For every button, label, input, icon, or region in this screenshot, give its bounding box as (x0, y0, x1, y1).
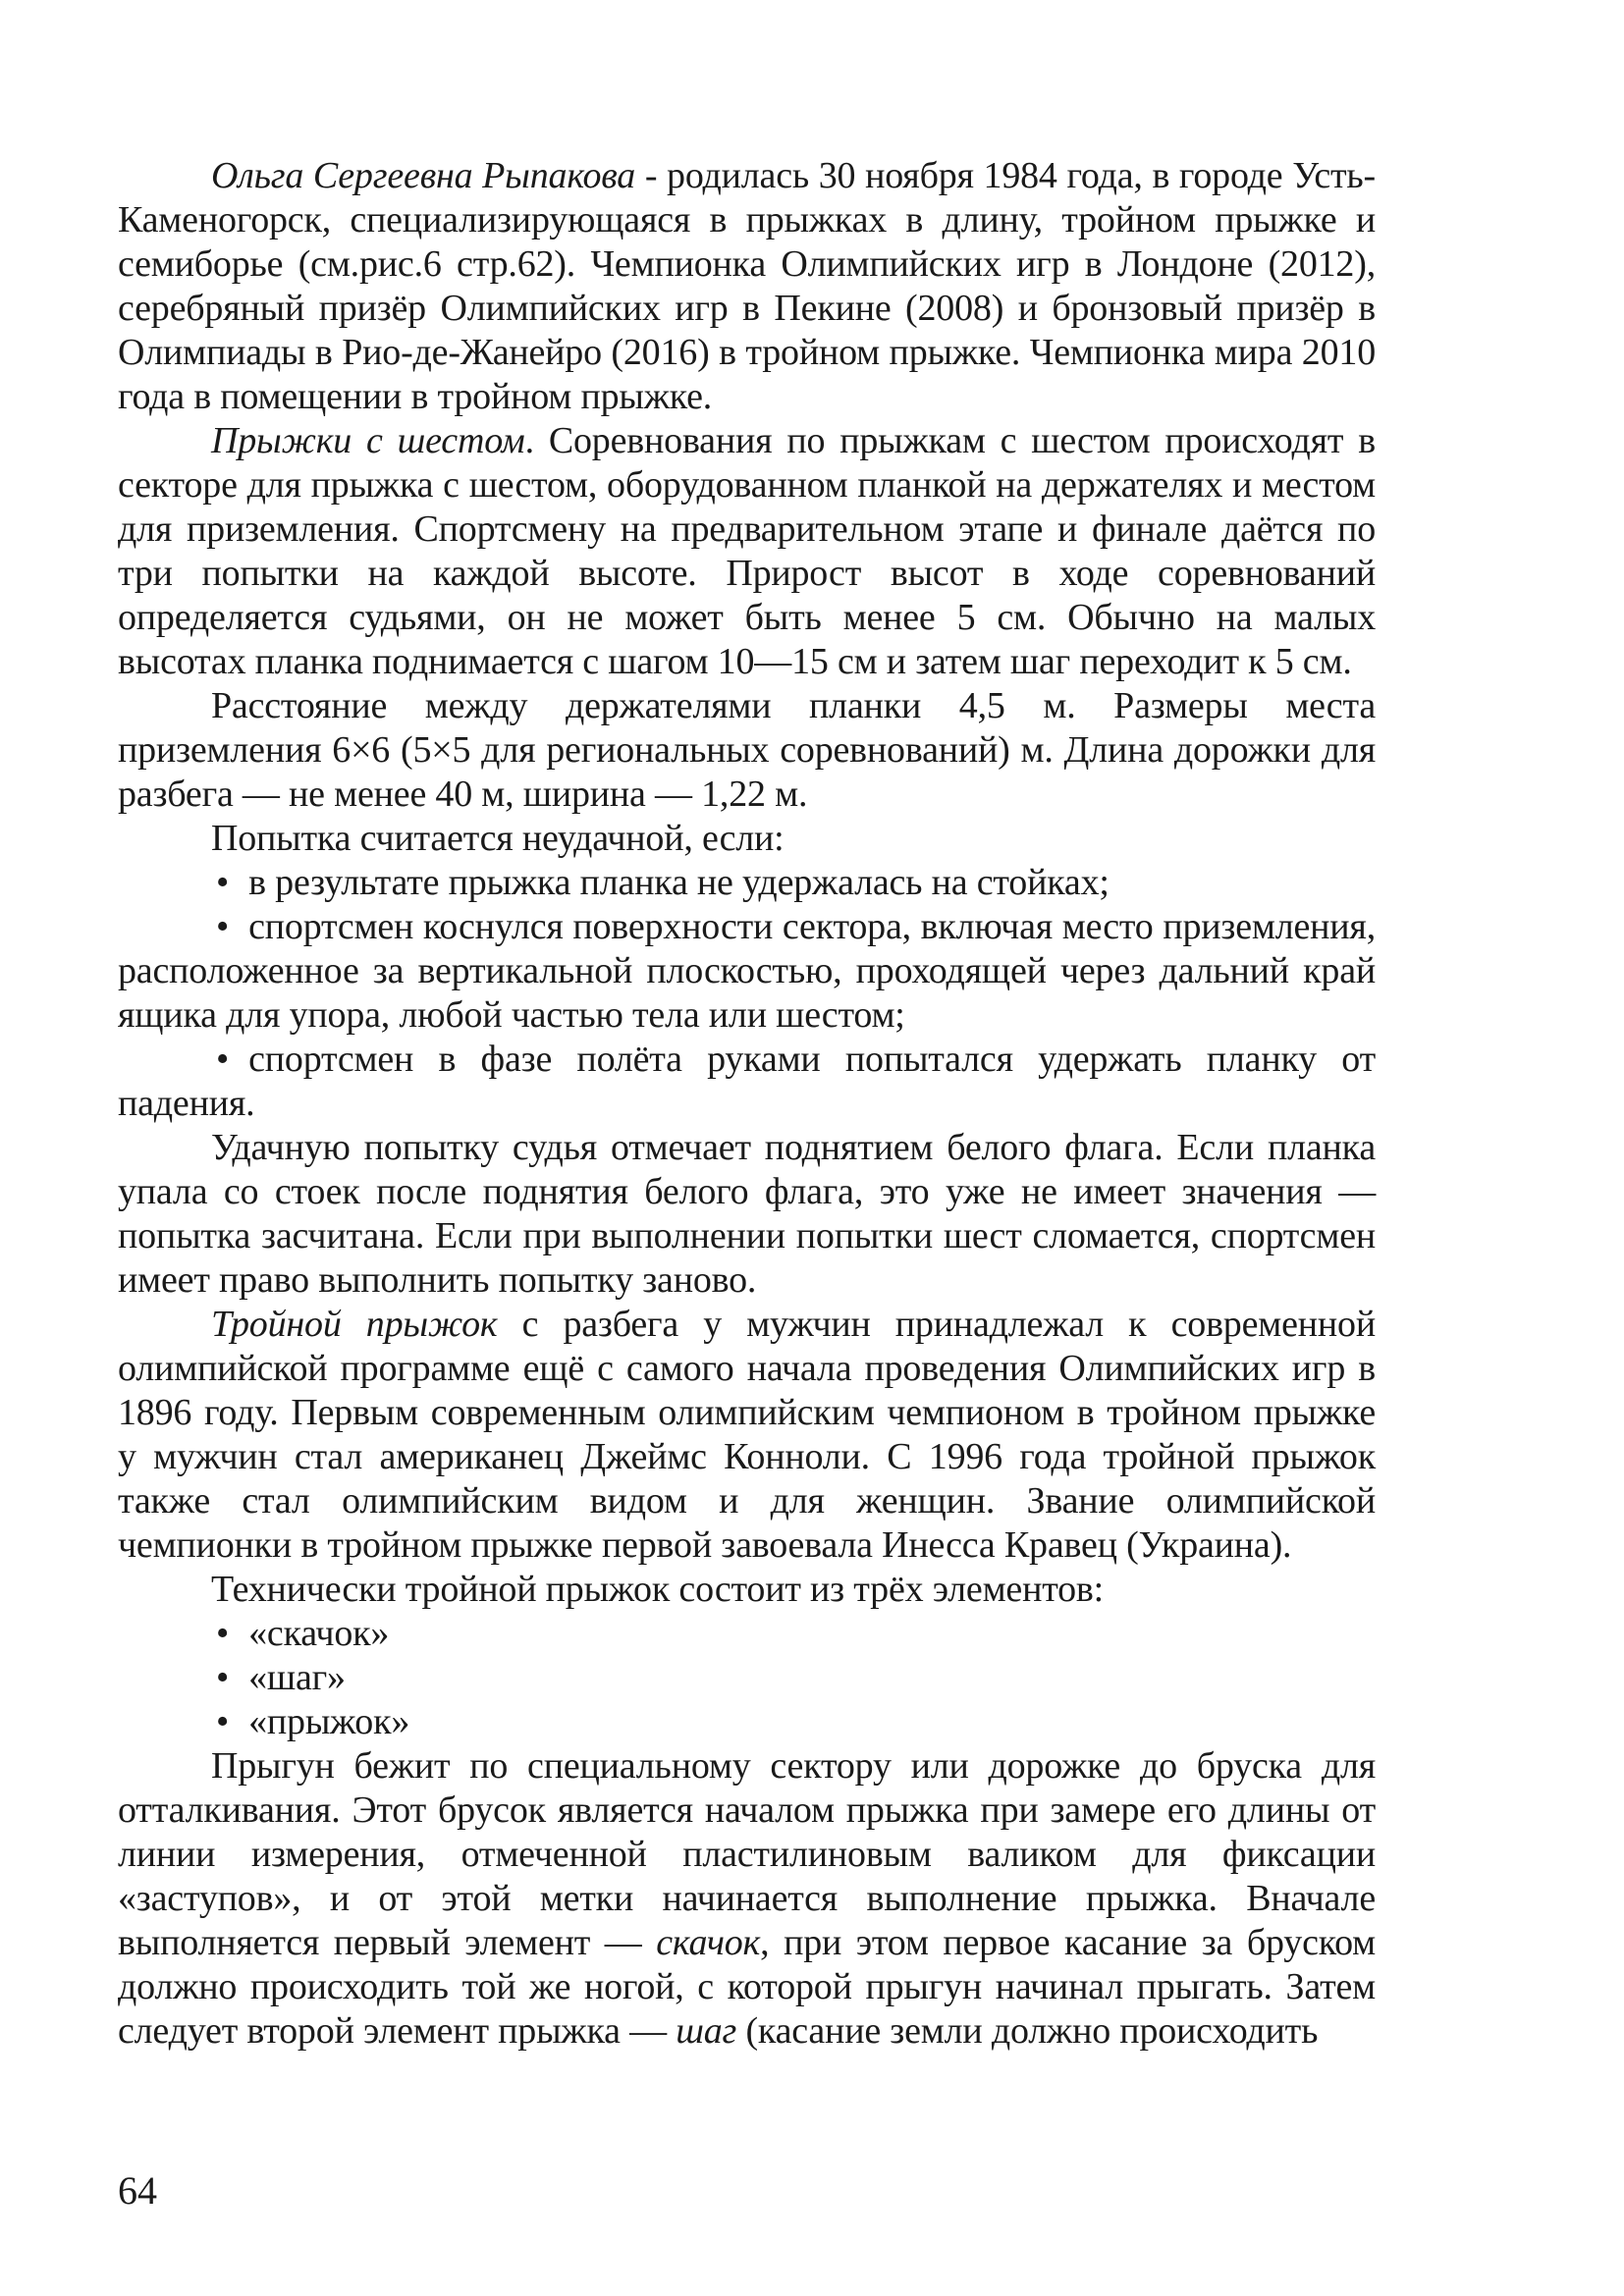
paragraph-text: (касание земли должно происходить (736, 2010, 1318, 2052)
list-item: •спортсмен в фазе полёта руками попыталс… (118, 1038, 1376, 1126)
bullet-marker: • (216, 1039, 248, 1080)
list-item: •«шаг» (118, 1656, 1376, 1700)
page-text-column: Ольга Сергеевна Рыпакова - родилась 30 н… (118, 154, 1376, 2054)
paragraph-pole-vault: Прыжки с шестом. Соревнования по прыжкам… (118, 419, 1376, 684)
paragraph-text: Попытка считается неудачной, если: (211, 818, 785, 859)
paragraph-successful-attempt: Удачную попытку судья отмечает поднятием… (118, 1126, 1376, 1303)
triple-jump-term-italic: Тройной прыжок (211, 1304, 498, 1345)
bullet-marker: • (216, 1657, 248, 1698)
paragraph-failed-attempt-intro: Попытка считается неудачной, если: (118, 817, 1376, 861)
bullet-marker: • (216, 862, 248, 903)
paragraph-text: Технически тройной прыжок состоит из трё… (211, 1569, 1104, 1610)
hop-term-italic: скачок (656, 1922, 760, 1963)
list-item: •в результате прыжка планка не удержалас… (118, 861, 1376, 905)
page-number: 64 (118, 2168, 157, 2213)
list-item: •спортсмен коснулся поверхности сектора,… (118, 905, 1376, 1038)
paragraph-text: Удачную попытку судья отмечает поднятием… (118, 1127, 1376, 1301)
paragraph-athlete-bio: Ольга Сергеевна Рыпакова - родилась 30 н… (118, 154, 1376, 419)
athlete-name-italic: Ольга Сергеевна Рыпакова (211, 155, 635, 196)
list-item: •«прыжок» (118, 1700, 1376, 1744)
list-item-text: «скачок» (248, 1613, 389, 1654)
pole-vault-term-italic: Прыжки с шестом (211, 420, 525, 461)
list-item-text: спортсмен в фазе полёта руками попытался… (118, 1039, 1376, 1124)
list-item-text: «прыжок» (248, 1701, 409, 1742)
document-page: Ольга Сергеевна Рыпакова - родилась 30 н… (0, 0, 1624, 2296)
paragraph-text: Расстояние между держателями планки 4,5 … (118, 685, 1376, 815)
step-term-italic: шаг (676, 2010, 736, 2052)
bullet-marker: • (216, 906, 248, 947)
list-item-text: в результате прыжка планка не удержалась… (248, 862, 1110, 903)
bullet-marker: • (216, 1701, 248, 1742)
paragraph-dimensions: Расстояние между держателями планки 4,5 … (118, 684, 1376, 817)
list-item: •«скачок» (118, 1612, 1376, 1656)
paragraph-jump-technique: Прыгун бежит по специальному сектору или… (118, 1744, 1376, 2054)
paragraph-triple-jump-history: Тройной прыжок с разбега у мужчин принад… (118, 1303, 1376, 1568)
paragraph-elements-intro: Технически тройной прыжок состоит из трё… (118, 1568, 1376, 1612)
bullet-marker: • (216, 1613, 248, 1654)
list-item-text: «шаг» (248, 1657, 346, 1698)
list-item-text: спортсмен коснулся поверхности сектора, … (118, 906, 1376, 1036)
